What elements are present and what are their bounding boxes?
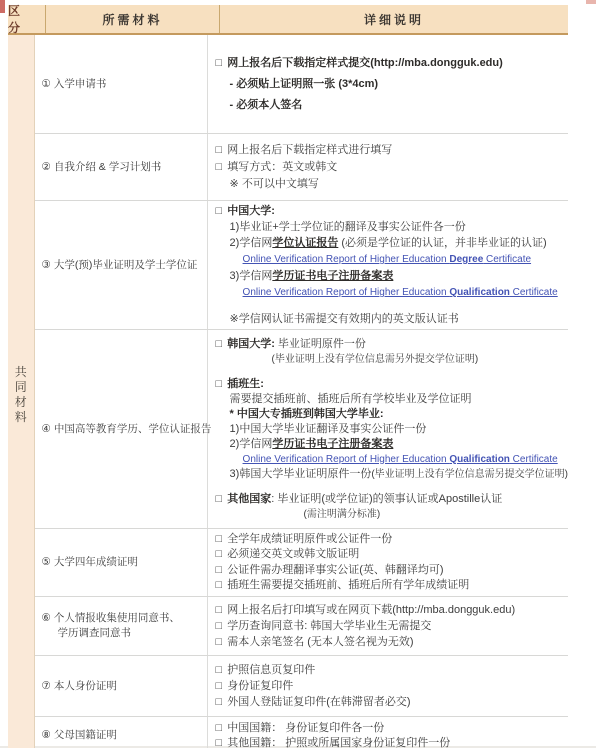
detail-text: * 中国大专插班到韩国大学毕业: xyxy=(230,408,384,420)
detail-line: □网上报名后打印填写或在网页下载(http://mba.dongguk.edu) xyxy=(216,602,568,618)
header-cell-details: 详细说明 xyxy=(220,5,568,33)
verification-link[interactable]: Certificate xyxy=(510,287,558,298)
material-cell: ⑧ 父母国籍证明 xyxy=(35,717,208,748)
detail-cell: □护照信息页复印件□身份证复印件□外国人登陆证复印件(在韩滞留者必交) xyxy=(208,656,568,716)
scan-artifact-top-left xyxy=(0,0,5,13)
detail-text: 韩国大学: xyxy=(227,338,275,350)
material-cell: ⑦ 本人身份证明 xyxy=(35,656,208,716)
material-label: ① 入学申请书 xyxy=(42,77,207,92)
page-root: { "colors": { "header_bg": "#f7e0c0", "c… xyxy=(0,0,596,748)
detail-text: 全学年成绩证明原件或公证件一份 xyxy=(227,533,392,545)
table-body: 共 同 材 料 ① 入学申请书□网上报名后下载指定样式提交(http://mba… xyxy=(8,35,568,748)
table-row: ⑤ 大学四年成绩证明□全学年成绩证明原件或公证件一份□必须递交英文或韩文版证明□… xyxy=(35,529,568,597)
verification-link[interactable]: Online Verification Report of Higher Edu… xyxy=(243,287,450,298)
material-label: ③ 大学(预)毕业证明及学士学位证 xyxy=(42,258,207,273)
table-row: ② 自我介绍 & 学习计划书□网上报名后下载指定样式进行填写□填写方式：英文或韩… xyxy=(35,134,568,201)
checkbox-glyph: □ xyxy=(216,205,223,217)
material-label: ② 自我介绍 & 学习计划书 xyxy=(42,160,207,175)
detail-text: ※学信网认证书需提交有效期内的英文版认证书 xyxy=(230,313,459,325)
spacer xyxy=(216,301,568,311)
checkbox-glyph: □ xyxy=(216,696,223,708)
detail-cell: □韩国大学: 毕业证明原件一份(毕业证明上没有学位信息需另外提交学位证明)□插班… xyxy=(208,330,568,528)
detail-text: 网上报名后下载指定样式进行填写 xyxy=(227,144,392,156)
detail-text: (毕业证明上没有学位信息需另提交学位证明) xyxy=(371,469,568,480)
detail-line: Online Verification Report of Higher Edu… xyxy=(216,251,568,268)
detail-line: * 中国大专插班到韩国大学毕业: xyxy=(216,407,568,422)
header-cell-division: 区 分 xyxy=(8,5,46,33)
checkbox-glyph: □ xyxy=(216,161,223,173)
detail-line: Online Verification Report of Higher Edu… xyxy=(216,284,568,301)
detail-line: Online Verification Report of Higher Edu… xyxy=(216,452,568,467)
detail-line: - 必须贴上证明照一张 (3*4cm) xyxy=(216,74,568,95)
checkbox-glyph: □ xyxy=(216,579,223,591)
material-label: ⑤ 大学四年成绩证明 xyxy=(42,555,207,570)
checkbox-glyph: □ xyxy=(216,57,223,69)
detail-line: (毕业证明上没有学位信息需另外提交学位证明) xyxy=(216,352,568,367)
material-cell: ① 入学申请书 xyxy=(35,35,208,133)
detail-cell: □网上报名后下载指定样式进行填写□填写方式：英文或韩文※ 不可以中文填写 xyxy=(208,134,568,200)
detail-text: 3)韩国大学毕业证明原件一份 xyxy=(230,468,372,480)
detail-line: 1)毕业证+学士学位证的翻译及事实公证件各一份 xyxy=(216,219,568,235)
scan-artifact-top-right xyxy=(586,0,596,4)
detail-line: ※学信网认证书需提交有效期内的英文版认证书 xyxy=(216,311,568,327)
checkbox-glyph: □ xyxy=(216,493,223,505)
detail-text: 公证件需办理翻译事实公证(英、韩翻译均可) xyxy=(227,564,443,576)
material-cell: ⑤ 大学四年成绩证明 xyxy=(35,529,208,596)
detail-cell: □中国国籍： 身份证复印件各一份□其他国籍： 护照或所属国家身份证复印件一份 xyxy=(208,717,568,748)
checkbox-glyph: □ xyxy=(216,737,223,748)
detail-line: □外国人登陆证复印件(在韩滞留者必交) xyxy=(216,694,568,710)
detail-line: - 必须本人签名 xyxy=(216,95,568,116)
detail-line: □学历查询同意书: 韩国大学毕业生无需提交 xyxy=(216,618,568,634)
detail-text: - 必须贴上证明照一张 (3*4cm) xyxy=(230,78,379,90)
detail-text: 插班生需要提交插班前、插班后所有学年成绩证明 xyxy=(227,579,469,591)
checkbox-glyph: □ xyxy=(216,604,223,616)
table-row: ④ 中国高等教育学历、学位认证报告□韩国大学: 毕业证明原件一份(毕业证明上没有… xyxy=(35,330,568,529)
detail-text: 1)中国大学毕业证翻译及事实公证件一份 xyxy=(230,423,427,435)
checkbox-glyph: □ xyxy=(216,722,223,734)
material-label: ⑦ 本人身份证明 xyxy=(42,679,207,694)
detail-line: □身份证复印件 xyxy=(216,678,568,694)
detail-line: 2)学信网学位认证报告 (必须是学位证的认证，并非毕业证的认证) xyxy=(216,235,568,251)
detail-text: 学历证书电子注册备案表 xyxy=(272,270,393,282)
detail-text: 插班生: xyxy=(227,378,264,390)
category-label-char: 同 xyxy=(15,380,27,395)
material-cell: ② 自我介绍 & 学习计划书 xyxy=(35,134,208,200)
checkbox-glyph: □ xyxy=(216,680,223,692)
checkbox-glyph: □ xyxy=(216,338,223,350)
detail-text: 3)学信网 xyxy=(230,270,273,282)
detail-text: 其他国籍： 护照或所属国家身份证复印件一份 xyxy=(227,737,450,748)
detail-line: 1)中国大学毕业证翻译及事实公证件一份 xyxy=(216,422,568,437)
detail-line: □公证件需办理翻译事实公证(英、韩翻译均可) xyxy=(216,563,568,579)
detail-line: □网上报名后下载指定样式提交(http://mba.dongguk.edu) xyxy=(216,53,568,74)
verification-link[interactable]: Degree xyxy=(449,254,483,265)
detail-cell: □网上报名后打印填写或在网页下载(http://mba.dongguk.edu)… xyxy=(208,597,568,655)
detail-text: 身份证复印件 xyxy=(227,680,293,692)
detail-line: □填写方式：英文或韩文 xyxy=(216,159,568,176)
detail-text: 中国大学: xyxy=(227,205,275,217)
detail-text: 需本人亲笔签名 (无本人签名视为无效) xyxy=(227,636,413,648)
detail-text: 需要提交插班前、插班后所有学校毕业及学位证明 xyxy=(230,393,472,405)
spacer xyxy=(216,482,568,492)
verification-link[interactable]: Online Verification Report of Higher Edu… xyxy=(243,254,450,265)
material-cell: ⑥ 个人情报收集使用同意书、学历调查同意书 xyxy=(35,597,208,655)
checkbox-glyph: □ xyxy=(216,378,223,390)
detail-text: - 必须本人签名 xyxy=(230,99,303,111)
verification-link[interactable]: Certificate xyxy=(510,454,558,465)
detail-line: 2)学信网学历证书电子注册备案表 xyxy=(216,437,568,452)
detail-text: (必须是学位证的认证，并非毕业证的认证) xyxy=(338,237,546,249)
category-label-char: 材 xyxy=(15,395,27,410)
material-label: ⑧ 父母国籍证明 xyxy=(42,728,207,743)
material-cell: ④ 中国高等教育学历、学位认证报告 xyxy=(35,330,208,528)
header-cell-materials: 所需材料 xyxy=(46,5,220,33)
verification-link[interactable]: Online Verification Report of Higher Edu… xyxy=(243,454,450,465)
spacer xyxy=(216,367,568,377)
detail-text: (需注明满分标准) xyxy=(304,509,381,520)
table-row: ③ 大学(预)毕业证明及学士学位证□中国大学:1)毕业证+学士学位证的翻译及事实… xyxy=(35,201,568,330)
detail-text: 填写方式：英文或韩文 xyxy=(227,161,337,173)
detail-text: : 毕业证明(或学位证)的领事认证或Apostille认证 xyxy=(271,493,502,505)
detail-text: 网上报名后打印填写或在网页下载(http://mba.dongguk.edu) xyxy=(227,604,515,616)
verification-link[interactable]: Qualification xyxy=(449,454,510,465)
detail-text: 1)毕业证+学士学位证的翻译及事实公证件各一份 xyxy=(230,221,466,233)
checkbox-glyph: □ xyxy=(216,144,223,156)
detail-text: 护照信息页复印件 xyxy=(227,664,315,676)
requirements-table: 区 分 所需材料 详细说明 共 同 材 料 ① 入学申请书□网上报名后下载指定样… xyxy=(8,5,568,748)
category-label-char: 料 xyxy=(15,410,27,425)
detail-text: 2)学信网 xyxy=(230,237,273,249)
detail-line: 3)韩国大学毕业证明原件一份(毕业证明上没有学位信息需另提交学位证明) xyxy=(216,467,568,482)
checkbox-glyph: □ xyxy=(216,664,223,676)
detail-text: (毕业证明上没有学位信息需另外提交学位证明) xyxy=(272,354,479,365)
detail-text: 外国人登陆证复印件(在韩滞留者必交) xyxy=(227,696,410,708)
material-label: 学历调查同意书 xyxy=(42,626,207,641)
detail-text: 2)学信网 xyxy=(230,438,273,450)
detail-text: 学历证书电子注册备案表 xyxy=(272,438,393,450)
table-header: 区 分 所需材料 详细说明 xyxy=(8,5,568,35)
material-label: ④ 中国高等教育学历、学位认证报告 xyxy=(42,422,207,437)
detail-line: □网上报名后下载指定样式进行填写 xyxy=(216,142,568,159)
detail-line: □中国大学: xyxy=(216,203,568,219)
category-label-char: 共 xyxy=(15,365,27,380)
detail-line: □韩国大学: 毕业证明原件一份 xyxy=(216,337,568,352)
detail-line: □插班生: xyxy=(216,377,568,392)
verification-link[interactable]: Qualification xyxy=(449,287,510,298)
detail-text: 网上报名后下载指定样式提交(http://mba.dongguk.edu) xyxy=(227,57,503,69)
checkbox-glyph: □ xyxy=(216,564,223,576)
detail-cell: □中国大学:1)毕业证+学士学位证的翻译及事实公证件各一份2)学信网学位认证报告… xyxy=(208,201,568,329)
checkbox-glyph: □ xyxy=(216,548,223,560)
detail-text: 毕业证明原件一份 xyxy=(275,338,366,350)
detail-text: 其他国家 xyxy=(227,493,271,505)
detail-text: 学位认证报告 xyxy=(272,237,338,249)
material-cell: ③ 大学(预)毕业证明及学士学位证 xyxy=(35,201,208,329)
detail-line: □必须递交英文或韩文版证明 xyxy=(216,547,568,563)
table-row: ① 入学申请书□网上报名后下载指定样式提交(http://mba.dongguk… xyxy=(35,35,568,134)
detail-text: ※ 不可以中文填写 xyxy=(230,178,319,190)
checkbox-glyph: □ xyxy=(216,533,223,545)
detail-text: 必须递交英文或韩文版证明 xyxy=(227,548,359,560)
category-cell: 共 同 材 料 xyxy=(8,35,35,748)
detail-line: □护照信息页复印件 xyxy=(216,662,568,678)
verification-link[interactable]: Certificate xyxy=(483,254,531,265)
detail-line: (需注明满分标准) xyxy=(216,507,568,522)
detail-line: 需要提交插班前、插班后所有学校毕业及学位证明 xyxy=(216,392,568,407)
table-row: ⑧ 父母国籍证明□中国国籍： 身份证复印件各一份□其他国籍： 护照或所属国家身份… xyxy=(35,717,568,748)
detail-text: 学历查询同意书: 韩国大学毕业生无需提交 xyxy=(227,620,431,632)
detail-cell: □网上报名后下载指定样式提交(http://mba.dongguk.edu)- … xyxy=(208,35,568,133)
detail-line: □其他国籍： 护照或所属国家身份证复印件一份 xyxy=(216,736,568,748)
detail-cell: □全学年成绩证明原件或公证件一份□必须递交英文或韩文版证明□公证件需办理翻译事实… xyxy=(208,529,568,596)
material-label: ⑥ 个人情报收集使用同意书、 xyxy=(42,611,207,626)
detail-line: □全学年成绩证明原件或公证件一份 xyxy=(216,532,568,548)
table-row: ⑥ 个人情报收集使用同意书、学历调查同意书□网上报名后打印填写或在网页下载(ht… xyxy=(35,597,568,656)
detail-line: □中国国籍： 身份证复印件各一份 xyxy=(216,721,568,736)
detail-line: 3)学信网学历证书电子注册备案表 xyxy=(216,268,568,284)
detail-line: □插班生需要提交插班前、插班后所有学年成绩证明 xyxy=(216,578,568,594)
detail-line: □需本人亲笔签名 (无本人签名视为无效) xyxy=(216,634,568,650)
detail-line: ※ 不可以中文填写 xyxy=(216,176,568,193)
rows-container: ① 入学申请书□网上报名后下载指定样式提交(http://mba.dongguk… xyxy=(35,35,568,748)
checkbox-glyph: □ xyxy=(216,636,223,648)
table-row: ⑦ 本人身份证明□护照信息页复印件□身份证复印件□外国人登陆证复印件(在韩滞留者… xyxy=(35,656,568,717)
checkbox-glyph: □ xyxy=(216,620,223,632)
detail-text: 中国国籍： 身份证复印件各一份 xyxy=(227,722,384,734)
detail-line: □其他国家: 毕业证明(或学位证)的领事认证或Apostille认证 xyxy=(216,492,568,507)
